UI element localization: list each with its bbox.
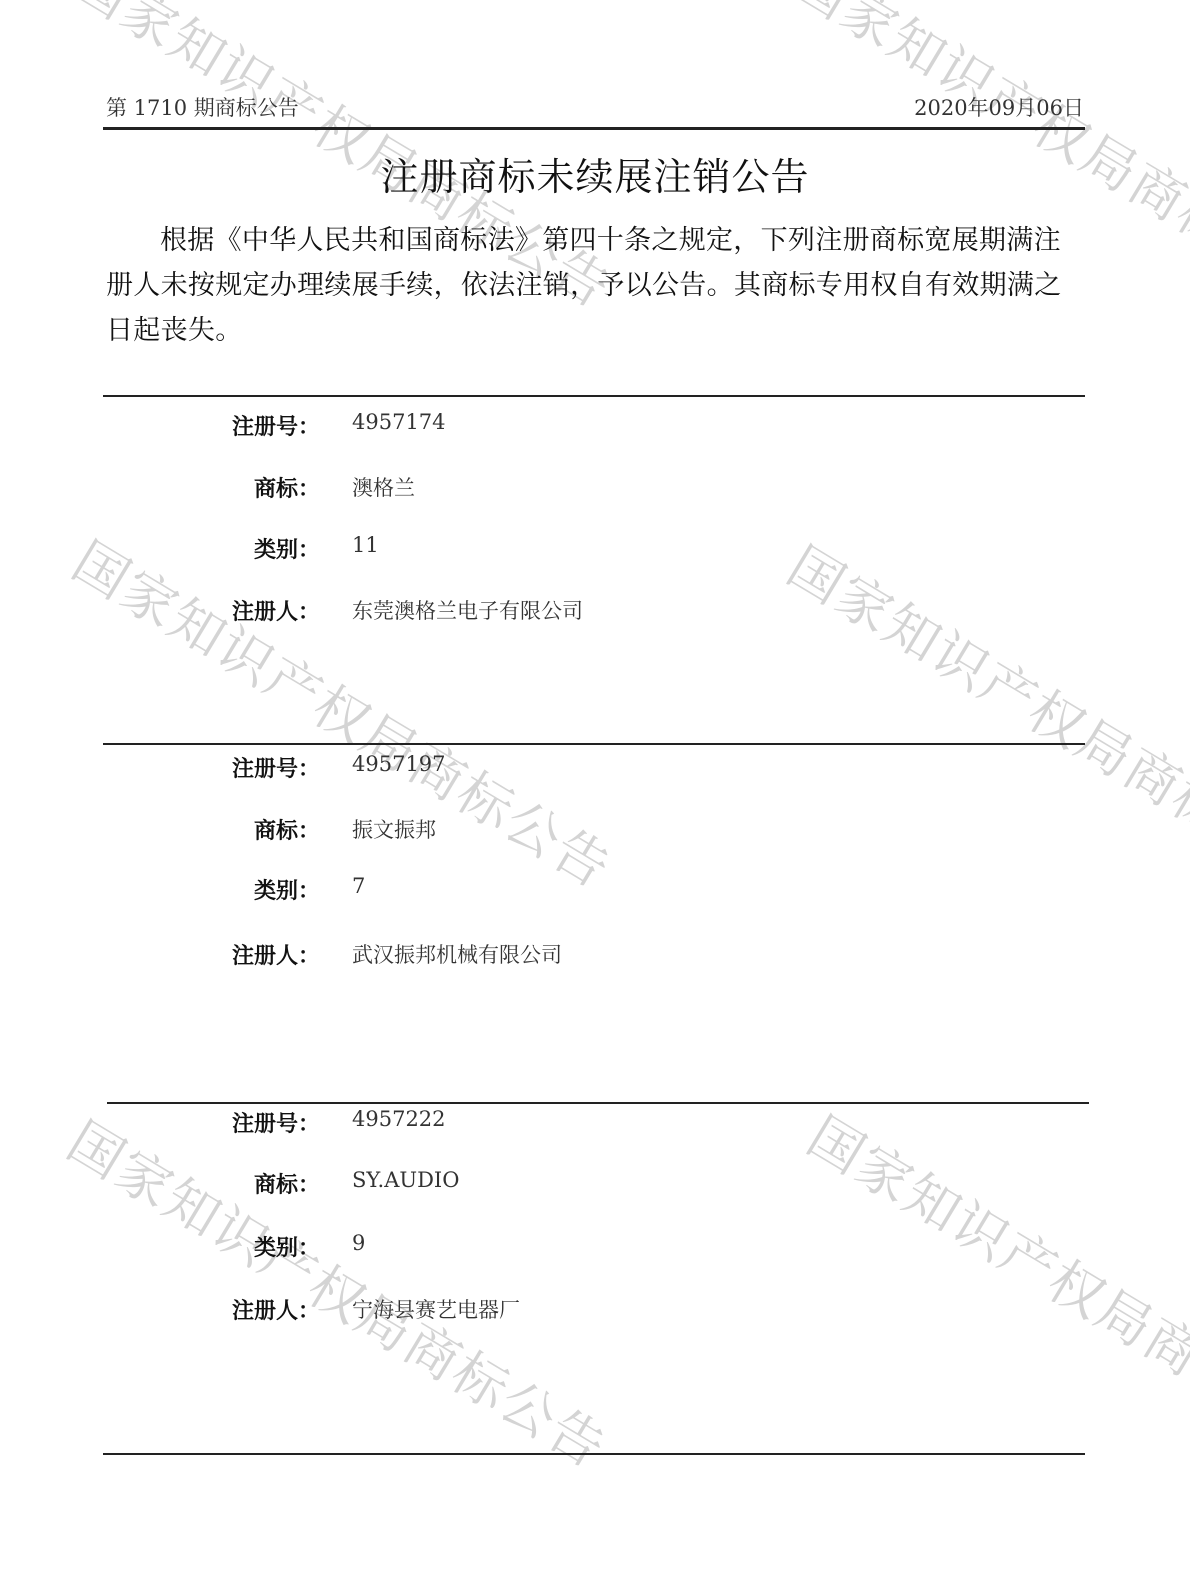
class-label: 类别： <box>180 874 320 905</box>
registrant-label: 注册人： <box>180 595 320 626</box>
watermark: 国家知识产权局商标公告 <box>55 1100 623 1483</box>
header-divider <box>103 127 1085 130</box>
field-mark: 商标： SY.AUDIO <box>0 1168 1190 1204</box>
registrant-label: 注册人： <box>180 1294 320 1325</box>
mark-value: 振文振邦 <box>352 814 436 844</box>
record-divider <box>103 395 1085 397</box>
record-divider <box>107 1102 1089 1104</box>
class-value: 9 <box>352 1231 365 1255</box>
registrant-value: 东莞澳格兰电子有限公司 <box>352 595 583 625</box>
reg-no-value: 4957174 <box>352 410 446 434</box>
class-value: 7 <box>352 874 365 898</box>
field-reg-no: 注册号： 4957174 <box>0 410 1190 446</box>
field-reg-no: 注册号： 4957222 <box>0 1107 1190 1143</box>
mark-label: 商标： <box>180 814 320 845</box>
field-class: 类别： 9 <box>0 1231 1190 1267</box>
intro-paragraph: 根据《中华人民共和国商标法》第四十条之规定，下列注册商标宽展期满注册人未按规定办… <box>106 218 1086 353</box>
watermark: 国家知识产权局商标公告 <box>795 1095 1190 1478</box>
class-label: 类别： <box>180 1231 320 1262</box>
field-registrant: 注册人： 宁海县赛艺电器厂 <box>0 1294 1190 1330</box>
mark-value: 澳格兰 <box>352 472 415 502</box>
reg-no-value: 4957222 <box>352 1107 446 1131</box>
field-reg-no: 注册号： 4957197 <box>0 752 1190 788</box>
reg-no-label: 注册号： <box>180 410 320 441</box>
field-mark: 商标： 振文振邦 <box>0 814 1190 850</box>
field-class: 类别： 11 <box>0 533 1190 569</box>
registrant-value: 宁海县赛艺电器厂 <box>352 1294 520 1324</box>
mark-label: 商标： <box>180 472 320 503</box>
page-title: 注册商标未续展注销公告 <box>0 146 1190 201</box>
registrant-value: 武汉振邦机械有限公司 <box>352 939 562 969</box>
issue-number: 第 1710 期商标公告 <box>106 92 299 122</box>
mark-value: SY.AUDIO <box>352 1168 459 1192</box>
field-registrant: 注册人： 东莞澳格兰电子有限公司 <box>0 595 1190 631</box>
field-class: 类别： 7 <box>0 874 1190 910</box>
mark-label: 商标： <box>180 1168 320 1199</box>
announcement-page: 国家知识产权局商标公告 国家知识产权局商标公告 国家知识产权局商标公告 国家知识… <box>0 0 1190 1594</box>
page-header: 第 1710 期商标公告 2020年09月06日 <box>106 92 1084 122</box>
reg-no-label: 注册号： <box>180 1107 320 1138</box>
class-label: 类别： <box>180 533 320 564</box>
registrant-label: 注册人： <box>180 939 320 970</box>
reg-no-label: 注册号： <box>180 752 320 783</box>
class-value: 11 <box>352 533 379 557</box>
watermark: 国家知识产权局商标公告 <box>775 525 1190 908</box>
field-registrant: 注册人： 武汉振邦机械有限公司 <box>0 939 1190 975</box>
record-divider <box>103 1453 1085 1455</box>
field-mark: 商标： 澳格兰 <box>0 472 1190 508</box>
reg-no-value: 4957197 <box>352 752 446 776</box>
publication-date: 2020年09月06日 <box>914 92 1084 122</box>
record-divider <box>103 743 1085 745</box>
